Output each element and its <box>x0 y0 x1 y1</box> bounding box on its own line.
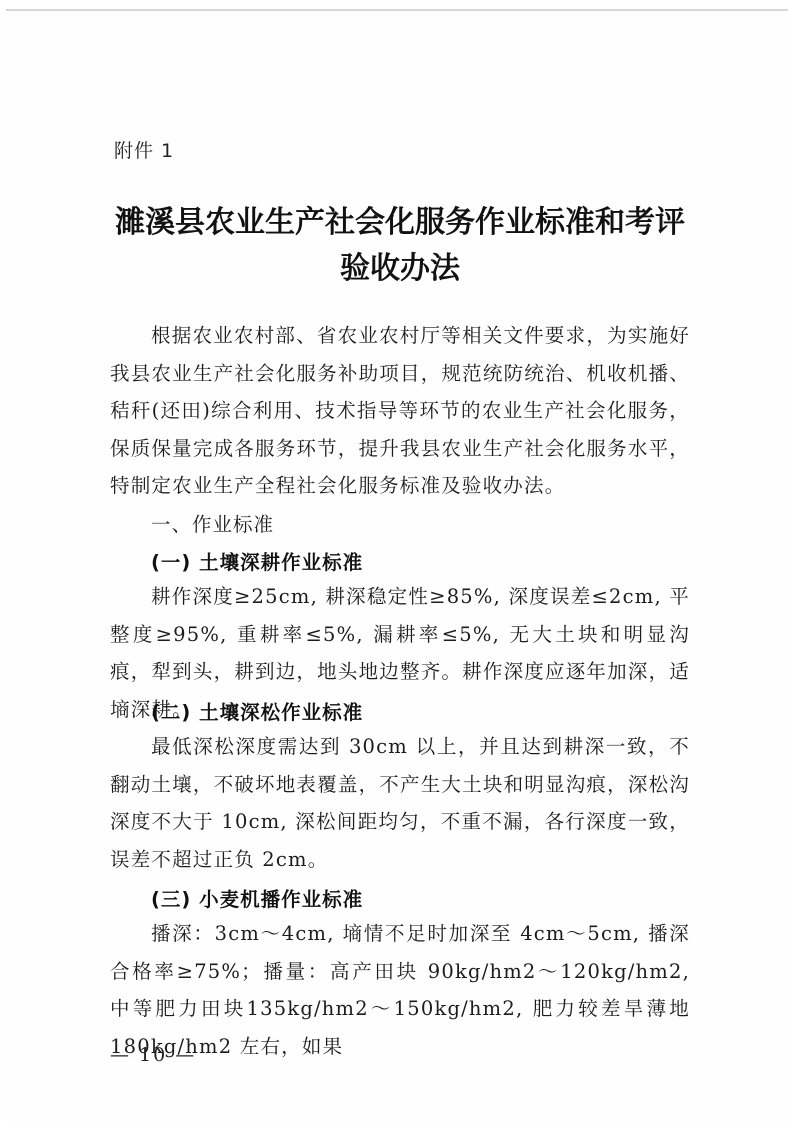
paragraph-wheat-sowing: 播深：3cm～4cm, 墒情不足时加深至 4cm～5cm, 播深合格率≥75%；… <box>110 915 690 1065</box>
section-heading-work-standards: 一、作业标准 <box>151 509 274 537</box>
attachment-label: 附件 1 <box>114 136 174 163</box>
page-number: — 10 — <box>110 1044 196 1066</box>
subsection-heading-wheat-sowing: (三) 小麦机播作业标准 <box>151 884 363 912</box>
document-title: 濉溪县农业生产社会化服务作业标准和考评 验收办法 <box>100 200 700 292</box>
subsection-heading-deep-plowing: (一) 土壤深耕作业标准 <box>151 547 363 575</box>
paragraph-deep-loosening: 最低深松深度需达到 30cm 以上，并且达到耕深一致，不翻动土壤，不破坏地表覆盖… <box>110 728 690 878</box>
document-title-line-2: 验收办法 <box>100 246 700 292</box>
subsection-heading-deep-loosening: (二) 土壤深松作业标准 <box>151 697 363 725</box>
intro-paragraph: 根据农业农村部、省农业农村厅等相关文件要求，为实施好我县农业生产社会化服务补助项… <box>110 317 690 505</box>
document-title-line-1: 濉溪县农业生产社会化服务作业标准和考评 <box>100 200 700 246</box>
